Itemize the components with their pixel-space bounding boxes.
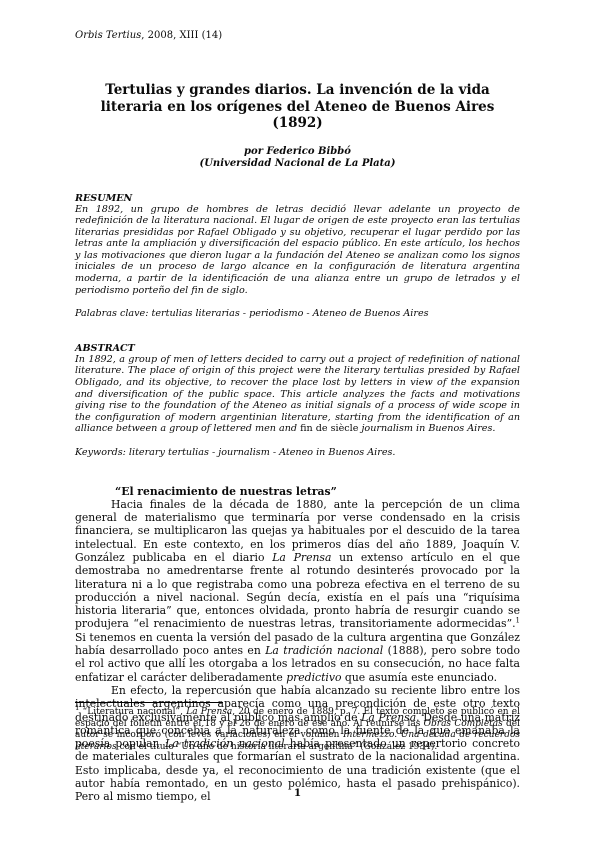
palabras-clave-line: Palabras clave: tertulias literarias - p… [75,308,520,320]
footnote-text: 1 “Literatura nacional”, La Prensa, 20 d… [75,707,520,753]
section-heading: “El renacimiento de nuestras letras” [115,485,520,498]
abstract-label: ABSTRACT [75,343,520,354]
journal-header: Orbis Tertius, 2008, XIII (14) [75,30,520,42]
article-title: Tertulias y grandes diarios. La invenció… [75,82,520,132]
author-name: por Federico Bibbó [75,146,520,158]
byline: por Federico Bibbó (Universidad Nacional… [75,146,520,170]
page-number: 1 [0,787,595,799]
resumen-label: RESUMEN [75,193,520,204]
footnote-block: 1 “Literatura nacional”, La Prensa, 20 d… [75,702,520,753]
keywords-line: Keywords: literary tertulias - journalis… [75,447,520,459]
abstract-text: In 1892, a group of men of letters decid… [75,354,520,435]
footnote-separator-rule [75,702,223,703]
paper-page: Orbis Tertius, 2008, XIII (14) Tertulias… [0,0,595,842]
author-affiliation: (Universidad Nacional de La Plata) [75,158,520,170]
body-paragraph-1: Hacia finales de la década de 1880, ante… [75,498,520,684]
text-column: Orbis Tertius, 2008, XIII (14) Tertulias… [75,0,520,804]
resumen-text: En 1892, un grupo de hombres de letras d… [75,204,520,297]
